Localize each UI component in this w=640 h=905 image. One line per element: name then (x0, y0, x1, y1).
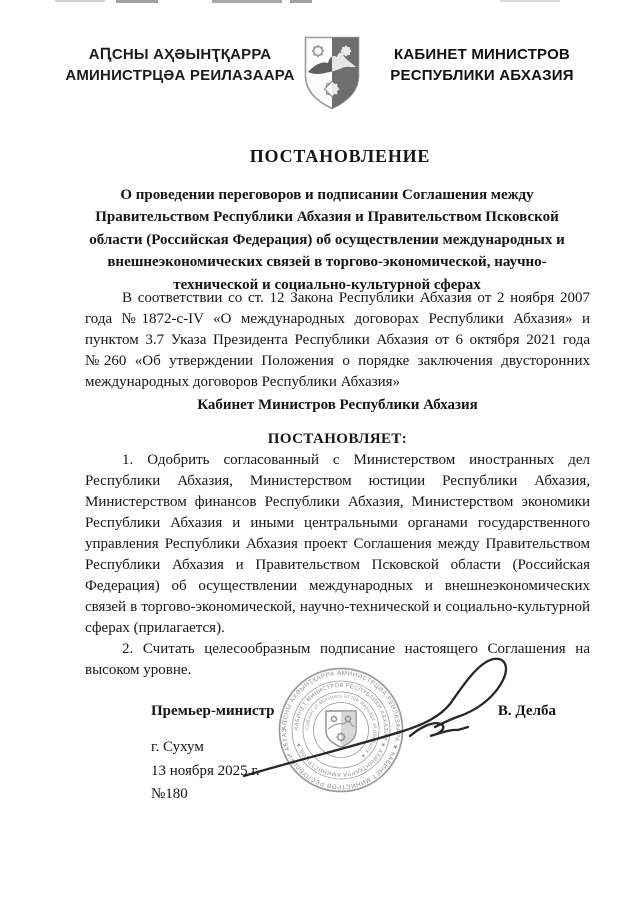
doc-body: В соответствии со ст. 12 Закона Республи… (85, 288, 590, 807)
doc-footer: г. Сухум 13 ноября 2025 г. №180 (85, 736, 590, 807)
resolution-item-2: 2. Считать целесообразным подписание нас… (85, 639, 590, 681)
scan-artifact (290, 0, 312, 3)
date-line: 13 ноября 2025 г. (151, 760, 590, 784)
doc-subject: О проведении переговоров и подписании Со… (72, 184, 582, 296)
coat-of-arms-icon (304, 36, 360, 111)
org-name-abkhaz-line1: АԤСНЫ АҲӘЫНҬҚАРРА (60, 44, 300, 65)
org-name-abkhaz-line2: АМИНИСТРЦӘА РЕИЛАЗААРА (60, 65, 300, 86)
number-line: №180 (151, 783, 590, 807)
scan-artifact (55, 0, 105, 2)
resolution-keyword: ПОСТАНОВЛЯЕТ: (85, 429, 590, 450)
doc-type-title: ПОСТАНОВЛЕНИЕ (85, 146, 595, 167)
scan-artifact (116, 0, 158, 3)
scan-artifact (212, 0, 282, 3)
org-name-abkhaz: АԤСНЫ АҲӘЫНҬҚАРРА АМИНИСТРЦӘА РЕИЛАЗААРА (60, 44, 300, 86)
org-name-russian-line1: КАБИНЕТ МИНИСТРОВ (376, 44, 588, 65)
signatory-post: Премьер-министр (151, 701, 275, 722)
place-line: г. Сухум (151, 736, 590, 760)
document-page: АԤСНЫ АҲӘЫНҬҚАРРА АМИНИСТРЦӘА РЕИЛАЗААРА (0, 0, 640, 905)
scan-artifact (500, 0, 560, 2)
signature-row: Премьер-министр В. Делба (85, 701, 590, 722)
issuing-authority: Кабинет Министров Республики Абхазия (85, 395, 590, 416)
signatory-name: В. Делба (498, 701, 556, 722)
org-name-russian-line2: РЕСПУБЛИКИ АБХАЗИЯ (376, 65, 588, 86)
org-name-russian: КАБИНЕТ МИНИСТРОВ РЕСПУБЛИКИ АБХАЗИЯ (376, 44, 588, 86)
resolution-item-1: 1. Одобрить согласованный с Министерство… (85, 450, 590, 639)
doc-preamble: В соответствии со ст. 12 Закона Республи… (85, 288, 590, 393)
